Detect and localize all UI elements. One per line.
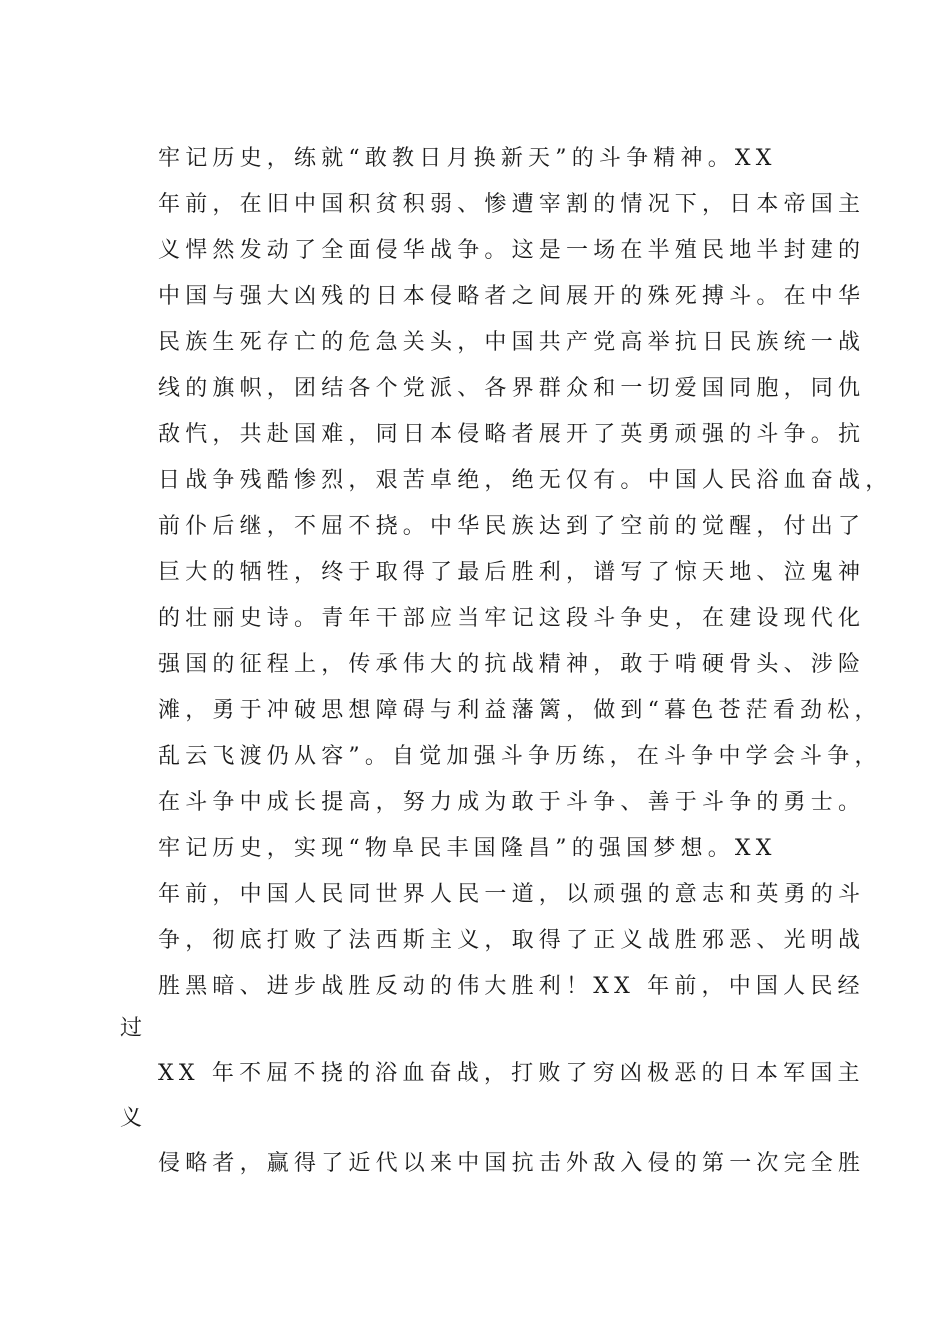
paragraph-line: 义悍然发动了全面侵华战争。这是一场在半殖民地半封建的 xyxy=(158,238,865,264)
paragraph-line: XX 年不屈不挠的浴血奋战，打败了穷凶极恶的日本军国主 xyxy=(158,1061,865,1087)
paragraph-line: 线的旗帜，团结各个党派、各界群众和一切爱国同胞，同仇 xyxy=(158,376,865,402)
paragraph-line: 巨大的牺牲，终于取得了最后胜利，谱写了惊天地、泣鬼神 xyxy=(158,560,865,586)
paragraph-line: 胜黑暗、进步战胜反动的伟大胜利！XX 年前，中国人民经 xyxy=(158,974,865,1000)
paragraph-line: 民族生死存亡的危急关头，中国共产党高举抗日民族统一战 xyxy=(158,330,865,356)
paragraph-line: 在斗争中成长提高，努力成为敢于斗争、善于斗争的勇士。 xyxy=(158,790,865,816)
orphan-char-line: 过 xyxy=(120,1016,147,1042)
paragraph-line: 日战争残酷惨烈，艰苦卓绝，绝无仅有。中国人民浴血奋战， xyxy=(158,468,892,494)
paragraph-line: 滩，勇于冲破思想障碍与利益藩篱，做到“暮色苍茫看劲松， xyxy=(158,698,882,724)
document-page: 牢记历史，练就“敢教日月换新天”的斗争精神。XX 年前，在旧中国积贫积弱、惨遭宰… xyxy=(0,0,950,1344)
paragraph-line: 强国的征程上，传承伟大的抗战精神，敢于啃硬骨头、涉险 xyxy=(158,652,865,678)
paragraph-line: 中国与强大凶残的日本侵略者之间展开的殊死搏斗。在中华 xyxy=(158,284,865,310)
paragraph-line: 乱云飞渡仍从容”。自觉加强斗争历练，在斗争中学会斗争， xyxy=(158,744,882,770)
paragraph-line: 敌忾，共赴国难，同日本侵略者展开了英勇顽强的斗争。抗 xyxy=(158,422,865,448)
paragraph-line: 的壮丽史诗。青年干部应当牢记这段斗争史，在建设现代化 xyxy=(158,606,865,632)
paragraph-line: 争，彻底打败了法西斯主义，取得了正义战胜邪恶、光明战 xyxy=(158,928,865,954)
section-heading-1: 牢记历史，练就“敢教日月换新天”的斗争精神。XX xyxy=(158,146,777,172)
paragraph-line: 年前，中国人民同世界人民一道，以顽强的意志和英勇的斗 xyxy=(158,882,865,908)
paragraph-line: 前仆后继，不屈不挠。中华民族达到了空前的觉醒，付出了 xyxy=(158,514,865,540)
paragraph-line: 年前，在旧中国积贫积弱、惨遭宰割的情况下，日本帝国主 xyxy=(158,192,865,218)
orphan-char-line: 义 xyxy=(120,1106,147,1132)
section-heading-2: 牢记历史，实现“物阜民丰国隆昌”的强国梦想。XX xyxy=(158,836,777,862)
paragraph-line: 侵略者，赢得了近代以来中国抗击外敌入侵的第一次完全胜 xyxy=(158,1151,865,1177)
